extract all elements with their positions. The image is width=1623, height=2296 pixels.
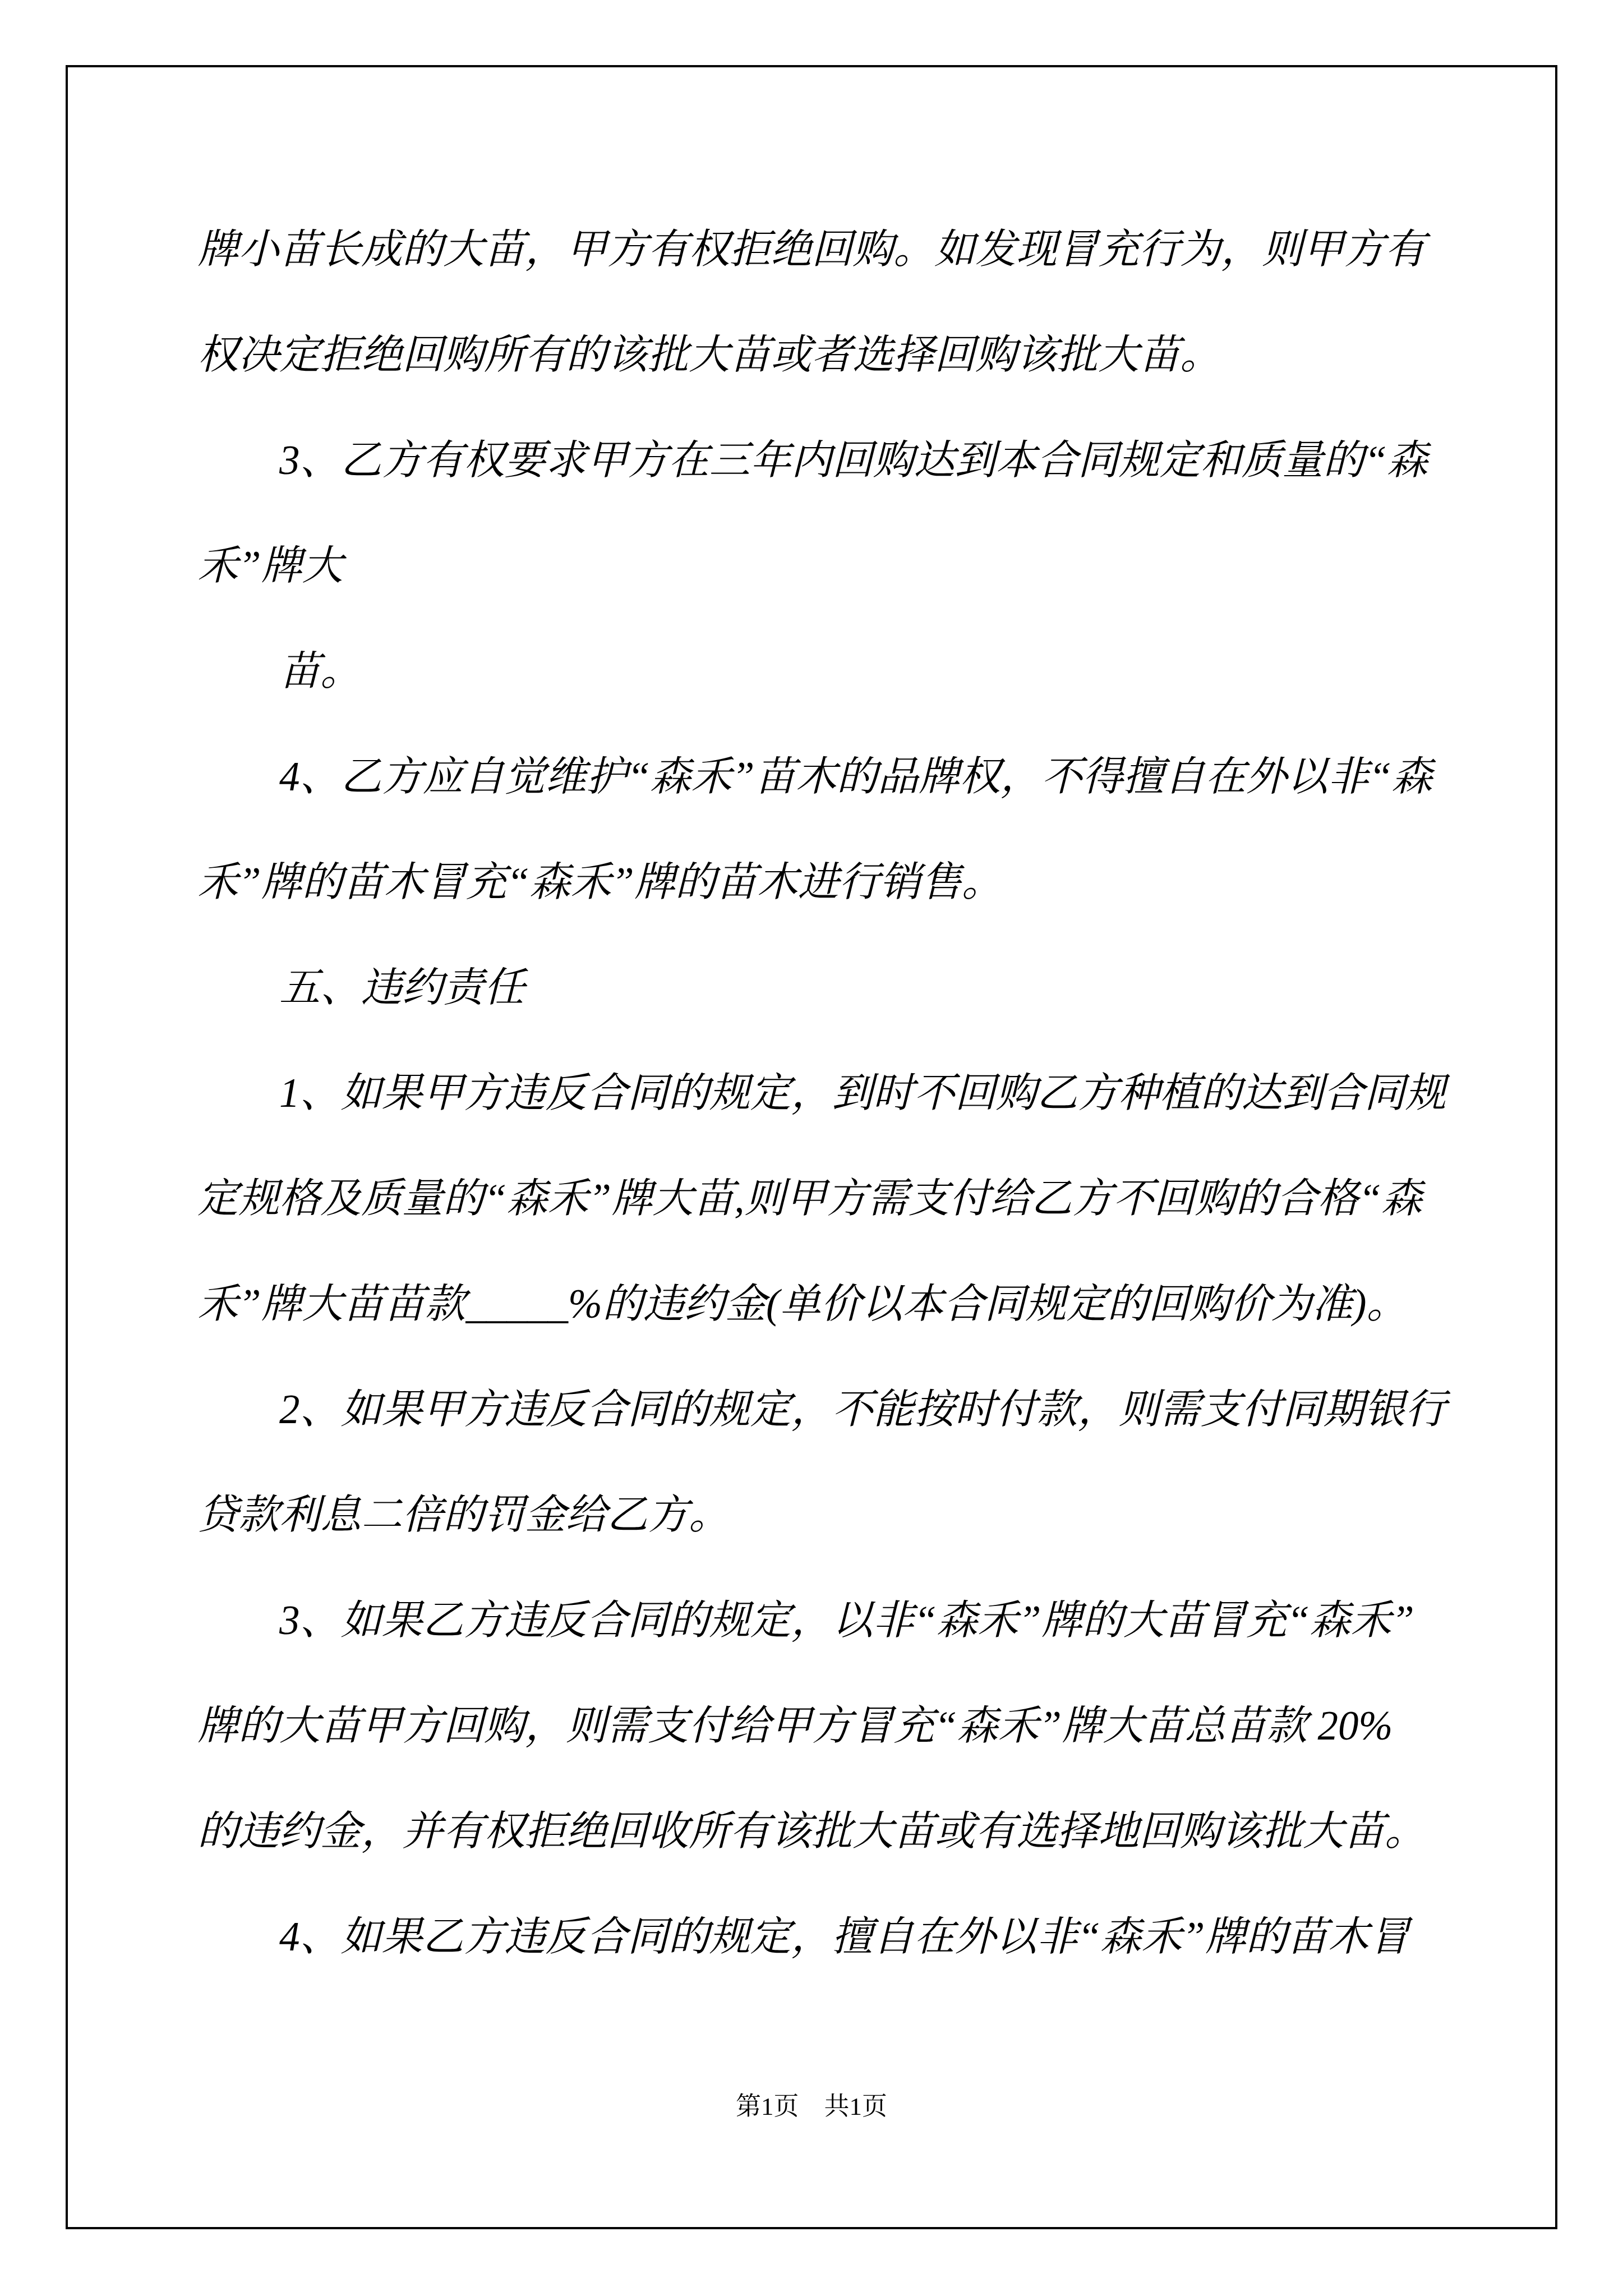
contract-line: 权决定拒绝回购所有的该批大苗或者选择回购该批大苗。	[197, 302, 1431, 408]
contract-line: 苗。	[197, 619, 1431, 724]
contract-line: 禾”牌大苗苗款_____%的违约金(单价以本合同规定的回购价为准)。	[197, 1251, 1431, 1357]
contract-line: 牌的大苗甲方回购，则需支付给甲方冒充“森禾”牌大苗总苗款 20%	[197, 1673, 1431, 1779]
contract-line: 贷款利息二倍的罚金给乙方。	[197, 1462, 1431, 1568]
contract-page: { "page": { "background_color": "#ffffff…	[0, 0, 1623, 2296]
contract-line: 3、如果乙方违反合同的规定，以非“森禾”牌的大苗冒充“森禾”	[197, 1568, 1431, 1673]
contract-line: 1、如果甲方违反合同的规定，到时不回购乙方种植的达到合同规	[197, 1041, 1431, 1146]
contract-body: 牌小苗长成的大苗，甲方有权拒绝回购。如发现冒充行为，则甲方有 权决定拒绝回购所有…	[197, 197, 1431, 1990]
contract-line: 3、乙方有权要求甲方在三年内回购达到本合同规定和质量的“森	[197, 408, 1431, 513]
contract-line: 禾”牌的苗木冒充“森禾”牌的苗木进行销售。	[197, 830, 1431, 935]
section-heading: 五、违约责任	[197, 935, 1431, 1041]
contract-line: 4、如果乙方违反合同的规定，擅自在外以非“森禾”牌的苗木冒	[197, 1884, 1431, 1990]
contract-line: 的违约金，并有权拒绝回收所有该批大苗或有选择地回购该批大苗。	[197, 1779, 1431, 1884]
page-footer: 第1页 共1页	[68, 2084, 1555, 2129]
contract-line: 牌小苗长成的大苗，甲方有权拒绝回购。如发现冒充行为，则甲方有	[197, 197, 1431, 302]
contract-line: 2、如果甲方违反合同的规定，不能按时付款，则需支付同期银行	[197, 1357, 1431, 1462]
page-indicator: 第1页 共1页	[736, 2092, 887, 2120]
contract-line: 禾”牌大	[197, 513, 1431, 619]
contract-line: 定规格及质量的“森禾”牌大苗,则甲方需支付给乙方不回购的合格“森	[197, 1146, 1431, 1251]
contract-line: 4、乙方应自觉维护“森禾”苗木的品牌权，不得擅自在外以非“森	[197, 724, 1431, 830]
